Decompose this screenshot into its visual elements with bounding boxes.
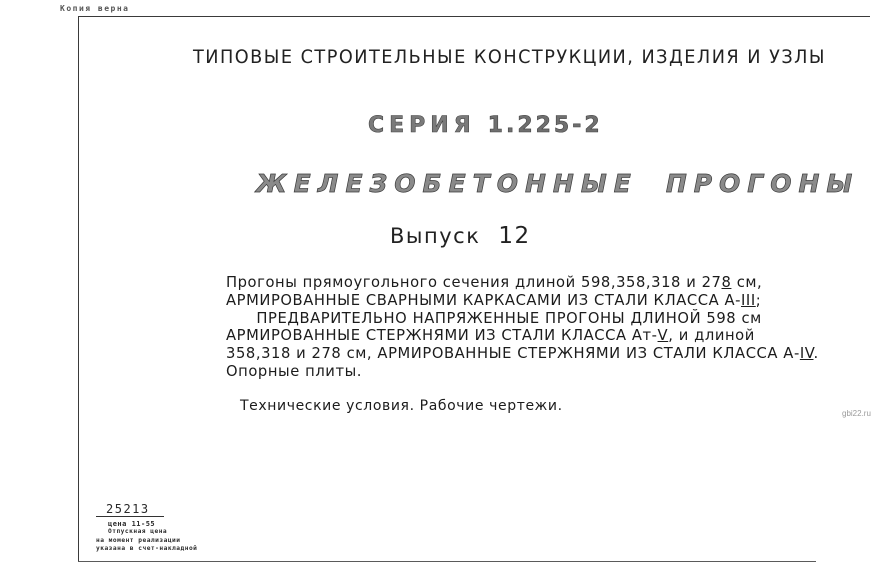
title-word-2: ПРОГОНЫ: [666, 169, 860, 198]
frame-border-left: [78, 16, 79, 562]
description-line: АРМИРОВАННЫЕ СВАРНЫМИ КАРКАСАМИ ИЗ СТАЛИ…: [226, 292, 819, 310]
frame-border-top: [78, 16, 870, 17]
document-subtitle: Технические условия. Рабочие чертежи.: [240, 398, 563, 414]
description-line: Опорные плиты.: [226, 363, 819, 381]
description-line: ПРЕДВАРИТЕЛЬНО НАПРЯЖЕННЫЕ ПРОГОНЫ ДЛИНО…: [226, 310, 819, 328]
footer-stamp: 25213 цена 11-55 Отпускная цена на момен…: [96, 503, 226, 554]
description-line: Прогоны прямоугольного сечения длиной 59…: [226, 274, 819, 292]
document-title: ЖЕЛЕЗОБЕТОННЫЕПРОГОНЫ: [256, 169, 859, 198]
title-word-1: ЖЕЛЕЗОБЕТОННЫЕ: [256, 169, 638, 198]
series-heading: СЕРИЯ1.225-2: [368, 113, 603, 138]
description-line: АРМИРОВАННЫЕ СТЕРЖНЯМИ ИЗ СТАЛИ КЛАССА А…: [226, 327, 819, 345]
collection-title: ТИПОВЫЕ СТРОИТЕЛЬНЫЕ КОНСТРУКЦИИ, ИЗДЕЛИ…: [193, 46, 826, 68]
frame-border-bottom: [78, 561, 816, 562]
price-label: цена 11-55: [96, 520, 226, 528]
issue-number: 12: [498, 223, 530, 249]
price-note-line: Отпускная цена: [96, 528, 226, 537]
issue-heading: Выпуск12: [390, 223, 531, 249]
issue-label: Выпуск: [390, 224, 480, 248]
description-block: Прогоны прямоугольного сечения длиной 59…: [226, 274, 819, 381]
price-note-line: указана в счет-накладной: [96, 545, 226, 554]
series-label: СЕРИЯ: [368, 113, 476, 138]
description-line: 358,318 и 278 см, АРМИРОВАННЫЕ СТЕРЖНЯМИ…: [226, 345, 819, 363]
watermark: gbi22.ru: [842, 409, 871, 418]
price-note-line: на момент реализации: [96, 537, 226, 546]
series-number: 1.225-2: [488, 113, 603, 138]
document-code: 25213: [96, 503, 164, 517]
copy-verified-stamp: Копия верна: [60, 4, 129, 13]
